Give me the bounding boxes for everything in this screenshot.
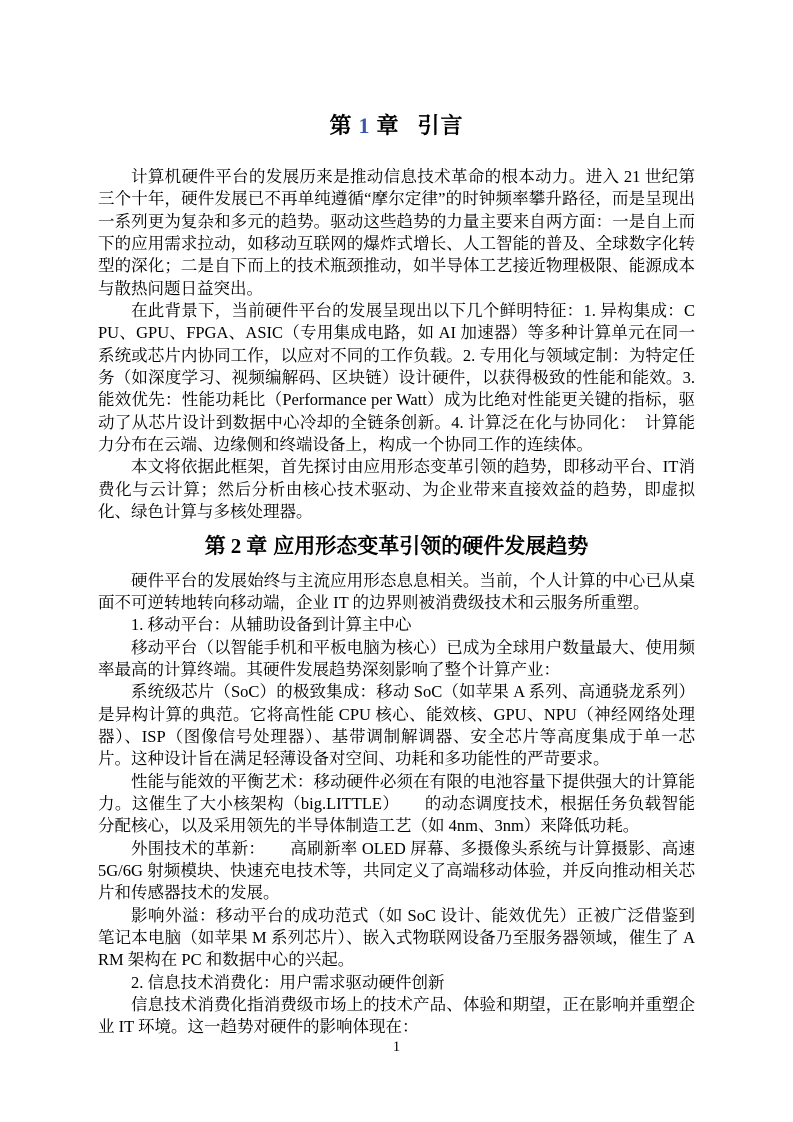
paragraph-ch2-6: 外围技术的革新： 高刷新率 OLED 屏幕、多摄像头系统与计算摄影、高速 5G/… xyxy=(98,838,695,905)
paragraph-ch1-3: 本文将依据此框架，首先探讨由应用形态变革引领的趋势，即移动平台、IT消费化与云计… xyxy=(98,456,695,523)
chapter-2-heading-number: 2 xyxy=(231,534,242,558)
paragraph-ch2-5: 性能与能效的平衡艺术：移动硬件必须在有限的电池容量下提供强大的计算能力。这催生了… xyxy=(98,771,695,838)
chapter-1-heading-prefix: 第 xyxy=(329,113,352,138)
paragraph-ch1-1: 计算机硬件平台的发展历来是推动信息技术革命的根本动力。进入 21 世纪第三个十年… xyxy=(98,166,695,300)
chapter-2-heading-suffix: 章 xyxy=(246,534,267,558)
chapter-1-heading-title: 引言 xyxy=(418,113,464,138)
document-content: 第1章引言 计算机硬件平台的发展历来是推动信息技术革命的根本动力。进入 21 世… xyxy=(98,0,695,1039)
paragraph-ch2-2: 1. 移动平台：从辅助设备到计算主中心 xyxy=(98,614,695,636)
chapter-1-heading: 第1章引言 xyxy=(98,112,695,140)
paragraph-ch2-3: 移动平台（以智能手机和平板电脑为核心）已成为全球用户数量最大、使用频率最高的计算… xyxy=(98,637,695,682)
paragraph-ch2-4: 系统级芯片（SoC）的极致集成：移动 SoC（如苹果 A 系列、高通骁龙系列）是… xyxy=(98,681,695,770)
chapter-1-heading-suffix: 章 xyxy=(376,113,399,138)
paragraph-ch2-9: 信息技术消费化指消费级市场上的技术产品、体验和期望，正在影响并重塑企业 IT 环… xyxy=(98,994,695,1039)
paragraph-ch2-1: 硬件平台的发展始终与主流应用形态息息相关。当前，个人计算的中心已从桌面不可逆转地… xyxy=(98,570,695,615)
chapter-2-heading-title: 应用形态变革引领的硬件发展趋势 xyxy=(273,534,588,558)
chapter-2-heading: 第2章应用形态变革引领的硬件发展趋势 xyxy=(98,532,695,561)
chapter-2-heading-prefix: 第 xyxy=(205,534,226,558)
paragraph-ch2-8: 2. 信息技术消费化：用户需求驱动硬件创新 xyxy=(98,972,695,994)
document-page: 第1章引言 计算机硬件平台的发展历来是推动信息技术革命的根本动力。进入 21 世… xyxy=(0,0,793,1122)
chapter-1-heading-number: 1 xyxy=(358,113,370,138)
paragraph-ch2-7: 影响外溢：移动平台的成功范式（如 SoC 设计、能效优先）正被广泛借鉴到笔记本电… xyxy=(98,905,695,972)
paragraph-ch1-2: 在此背景下，当前硬件平台的发展呈现出以下几个鲜明特征：1. 异构集成：CPU、G… xyxy=(98,300,695,456)
page-number: 1 xyxy=(0,1038,793,1056)
